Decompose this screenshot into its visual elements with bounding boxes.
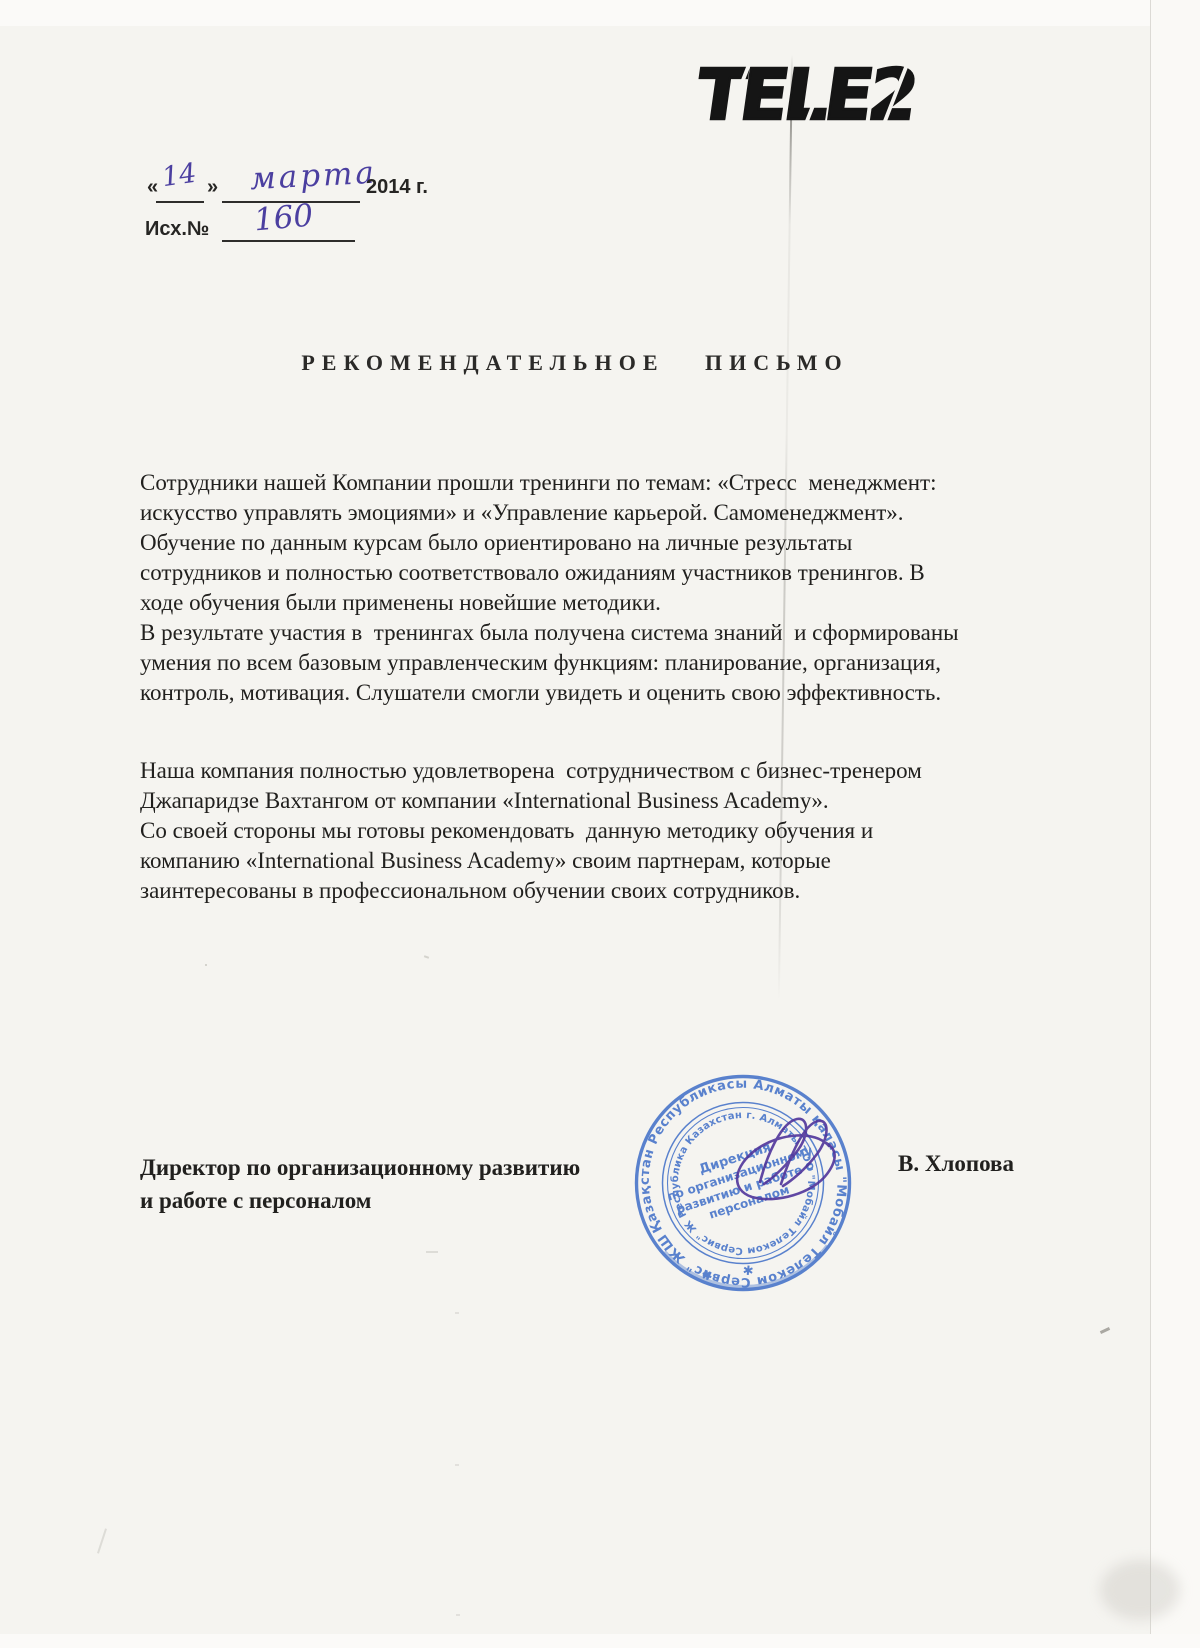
letter-title: РЕКОМЕНДАТЕЛЬНОЕ ПИСЬМО (140, 350, 1010, 376)
signer-name: В. Хлопова (898, 1151, 1014, 1177)
stamp-bottom-smudge (664, 1246, 828, 1287)
signer-position: Директор по организационному развитию и … (140, 1151, 580, 1217)
scan-artifact (97, 1528, 107, 1553)
paper-speck (426, 1251, 438, 1253)
stamp-middle-circle (663, 1103, 824, 1264)
body-paragraph-2: Наша компания полностью удовлетворена со… (140, 756, 922, 906)
tele2-logo: TELE2 (691, 50, 964, 142)
paper-speck (205, 964, 207, 966)
date-open-quote: « (147, 176, 158, 199)
ref-blank-line (222, 240, 355, 242)
scan-edge-bottom (0, 1634, 1200, 1648)
handwritten-month: марта (249, 155, 378, 198)
stamp-middle-circle-2 (668, 1108, 819, 1259)
day-blank-line (156, 201, 204, 203)
stamp-outer-circle (637, 1077, 850, 1290)
stamp-center-line1: Дирекция (697, 1140, 773, 1177)
paper-speck (455, 1464, 459, 1466)
paper-speck (456, 1614, 460, 1616)
scan-edge-right (1150, 0, 1200, 1648)
stamp-center-text: Дирекция по организационному развитию и … (661, 1128, 824, 1232)
handwritten-day: 14 (160, 158, 198, 193)
paper-speck (455, 1312, 459, 1314)
handwritten-ref-number: 160 (253, 197, 315, 238)
stamp-star-separator: ✱ (742, 1261, 754, 1277)
handwritten-signature (737, 1119, 835, 1199)
scan-edge-top (0, 0, 1200, 26)
stamp-center-line3: развитию и работе с (674, 1159, 814, 1217)
ref-label: Исх.№ (145, 218, 209, 241)
stamp-star-separator: ✱ (701, 1266, 713, 1282)
paper-speck (424, 955, 429, 959)
document-page: TELE2 « 14 » марта 2014 г. Исх.№ 160 РЕК… (0, 0, 1200, 1648)
date-close-quote: » (207, 176, 218, 199)
stamp-center-line2: по организационному (666, 1143, 815, 1203)
scan-artifact (1100, 1327, 1110, 1334)
date-year: 2014 г. (366, 176, 428, 199)
stamp-center-line4: персоналом (707, 1182, 791, 1221)
scan-smudge (1100, 1560, 1180, 1620)
body-paragraph-1: Сотрудники нашей Компании прошли тренинг… (140, 468, 959, 708)
